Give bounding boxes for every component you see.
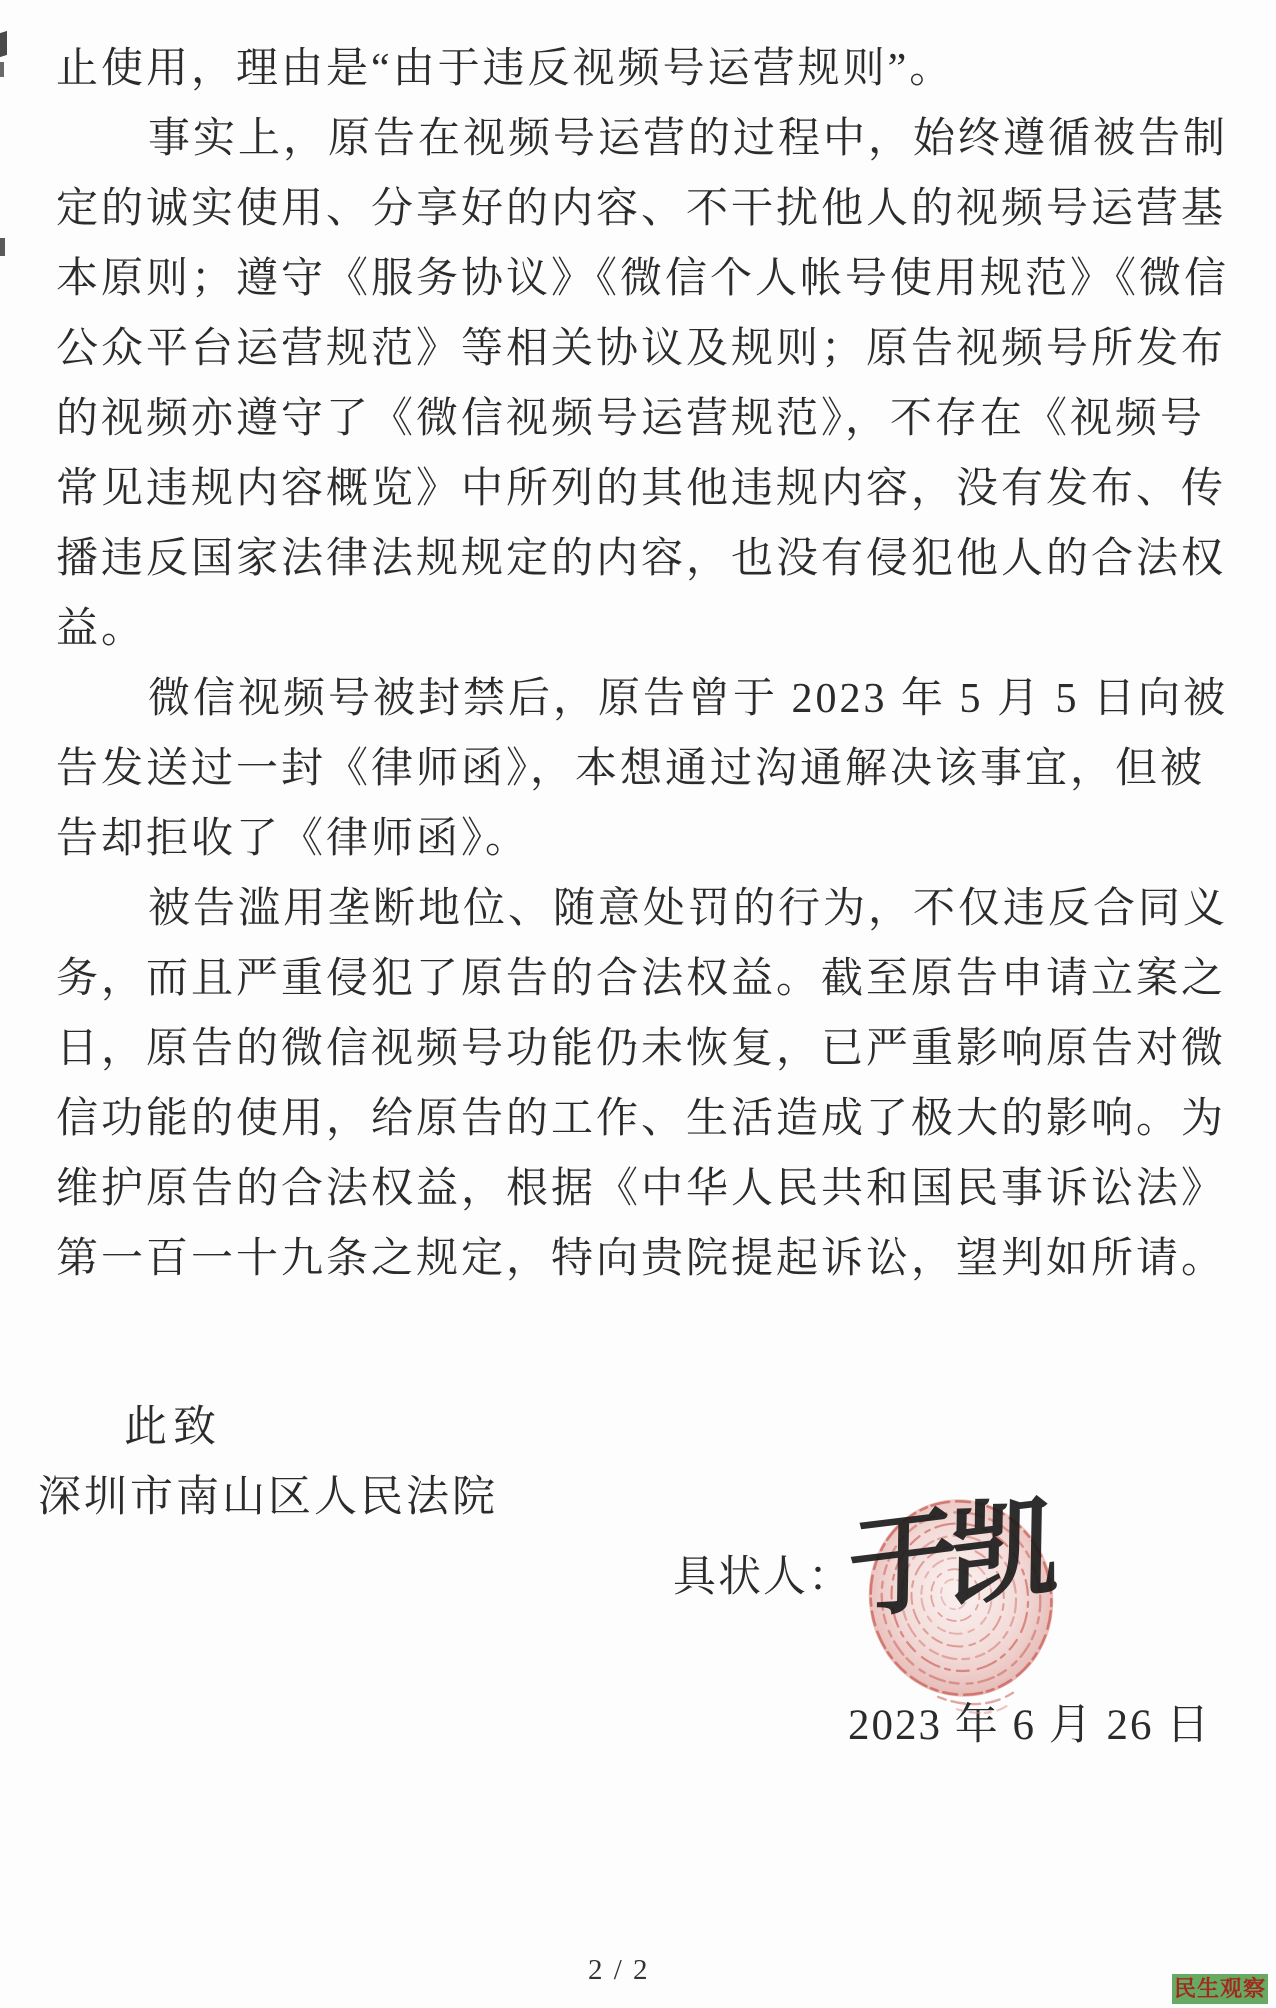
body-line: 信功能的使用，给原告的工作、生活造成了极大的影响。为 [56,1084,1242,1154]
body-line: 本原则；遵守《服务协议》《微信个人帐号使用规范》《微信 [56,244,1242,314]
body-line: 定的诚实使用、分享好的内容、不干扰他人的视频号运营基 [56,174,1242,244]
body-line: 维护原告的合法权益，根据《中华人民共和国民事诉讼法》 [56,1154,1242,1224]
closing-salute: 此致 [124,1406,222,1449]
scan-artifact [0,62,4,77]
scan-artifact [0,238,5,256]
body-line: 日，原告的微信视频号功能仍未恢复，已严重影响原告对微 [56,1014,1242,1084]
body-line: 第一百一十九条之规定，特向贵院提起诉讼，望判如所请。 [56,1224,1242,1294]
body-line: 益。 [56,594,1242,664]
body-line: 务，而且严重侵犯了原告的合法权益。截至原告申请立案之 [56,944,1242,1014]
body-line: 公众平台运营规范》等相关协议及规则；原告视频号所发布 [56,314,1242,384]
body-line: 的视频亦遵守了《微信视频号运营规范》，不存在《视频号 [56,384,1242,454]
body-line: 告发送过一封《律师函》，本想通过沟通解决该事宜，但被 [56,734,1242,804]
body-line: 告却拒收了《律师函》。 [56,804,1242,874]
body-line: 常见违规内容概览》中所列的其他违规内容，没有发布、传 [56,454,1242,524]
scanned-legal-document-page: 止使用，理由是“由于违反视频号运营规则”。 事实上，原告在视频号运营的过程中，始… [0,0,1276,2008]
document-body: 止使用，理由是“由于违反视频号运营规则”。 事实上，原告在视频号运营的过程中，始… [56,34,1242,1294]
body-line: 微信视频号被封禁后，原告曾于 2023 年 5 月 5 日向被 [56,664,1242,734]
signer-label: 具状人： [673,1556,853,1599]
court-name: 深圳市南山区人民法院 [38,1476,498,1519]
body-line: 播违反国家法律法规规定的内容，也没有侵犯他人的合法权 [56,524,1242,594]
signer-signature: 于凯 [847,1491,1051,1627]
watermark-badge: 民生观察 [1172,1974,1268,2004]
body-line: 事实上，原告在视频号运营的过程中，始终遵循被告制 [56,104,1242,174]
body-line: 止使用，理由是“由于违反视频号运营规则”。 [56,34,1242,104]
scan-artifact [0,31,7,57]
page-number: 2 / 2 [588,1956,650,1985]
body-line: 被告滥用垄断地位、随意处罚的行为，不仅违反合同义 [56,874,1242,944]
